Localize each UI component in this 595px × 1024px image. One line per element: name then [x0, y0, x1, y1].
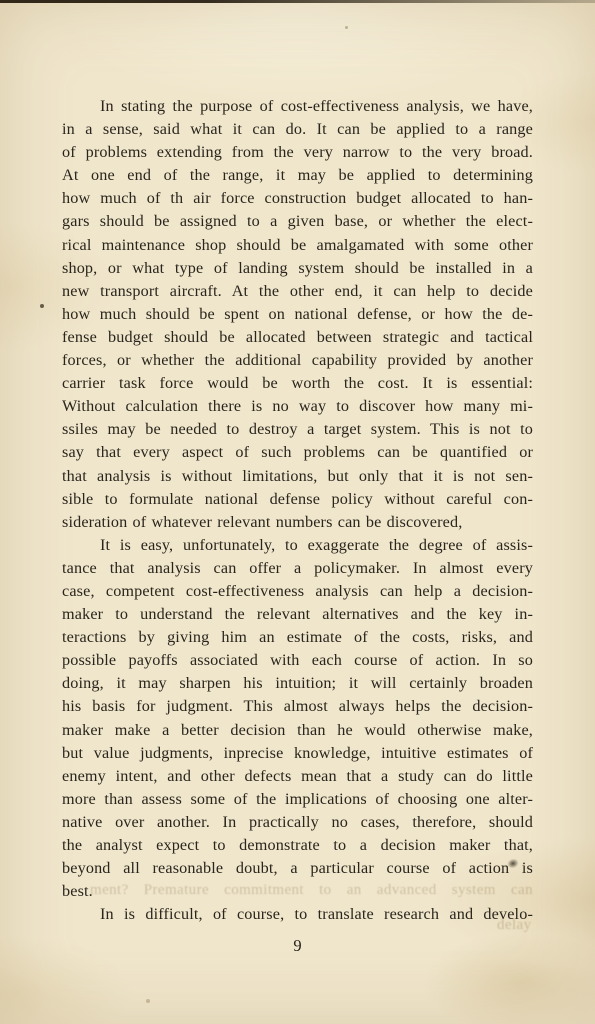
text-line: say that every aspect of such problems c… [62, 441, 533, 464]
text-line: how much of th air force construction bu… [62, 187, 533, 210]
text-line: his basis for judgment. This almost alwa… [62, 695, 533, 718]
scanned-book-page: ment? Premature commitment to an advance… [0, 0, 595, 1024]
text-line: but value judgments, inprecise knowledge… [62, 742, 533, 765]
body-text: In stating the purpose of cost-effective… [62, 95, 533, 926]
text-line: maker make a better decision than he wou… [62, 719, 533, 742]
text-line: possible payoffs associated with each co… [62, 649, 533, 672]
text-line: forces, or whether the additional capabi… [62, 349, 533, 372]
paragraph: It is easy, unfortunately, to exaggerate… [62, 534, 533, 904]
text-line: how much should be spent on national def… [62, 303, 533, 326]
text-line: At one end of the range, it may be appli… [62, 164, 533, 187]
text-line: ssiles may be needed to destroy a target… [62, 418, 533, 441]
text-line: In stating the purpose of cost-effective… [62, 95, 533, 118]
paragraph: In stating the purpose of cost-effective… [62, 95, 533, 534]
text-line: in a sense, said what it can do. It can … [62, 118, 533, 141]
text-line: more than assess some of the implication… [62, 788, 533, 811]
text-line: maker to understand the relevant alterna… [62, 603, 533, 626]
text-line: gars should be assigned to a given base,… [62, 210, 533, 233]
text-line: In is difficult, of course, to translate… [62, 903, 533, 926]
text-line: best. [62, 880, 533, 903]
scan-edge-artifact [0, 0, 595, 3]
text-line: teractions by giving him an estimate of … [62, 626, 533, 649]
text-line: beyond all reasonable doubt, a particula… [62, 857, 533, 880]
text-line: of problems extending from the very narr… [62, 141, 533, 164]
paragraph: In is difficult, of course, to translate… [62, 903, 533, 926]
text-line: case, competent cost-effectiveness analy… [62, 580, 533, 603]
text-line: sible to formulate national defense poli… [62, 488, 533, 511]
text-line: shop, or what type of landing system sho… [62, 257, 533, 280]
text-line: Without calculation there is no way to d… [62, 395, 533, 418]
text-line: that analysis is without limitations, bu… [62, 465, 533, 488]
text-line: enemy intent, and other defects mean tha… [62, 765, 533, 788]
paper-speck [146, 999, 150, 1003]
text-line: doing, it may sharpen his intuition; it … [62, 672, 533, 695]
text-line: native over another. In practically no c… [62, 811, 533, 834]
text-line: new transport aircraft. At the other end… [62, 280, 533, 303]
page-number: 9 [62, 936, 533, 956]
text-line: sideration of whatever relevant numbers … [62, 511, 533, 534]
paper-speck [345, 26, 348, 29]
text-line: rical maintenance shop should be amalgam… [62, 234, 533, 257]
text-line: carrier task force would be worth the co… [62, 372, 533, 395]
margin-speck [40, 304, 44, 308]
text-line: It is easy, unfortunately, to exaggerate… [62, 534, 533, 557]
text-line: fense budget should be allocated between… [62, 326, 533, 349]
text-line: the analyst expect to demonstrate to a d… [62, 834, 533, 857]
text-line: tance that analysis can offer a policyma… [62, 557, 533, 580]
